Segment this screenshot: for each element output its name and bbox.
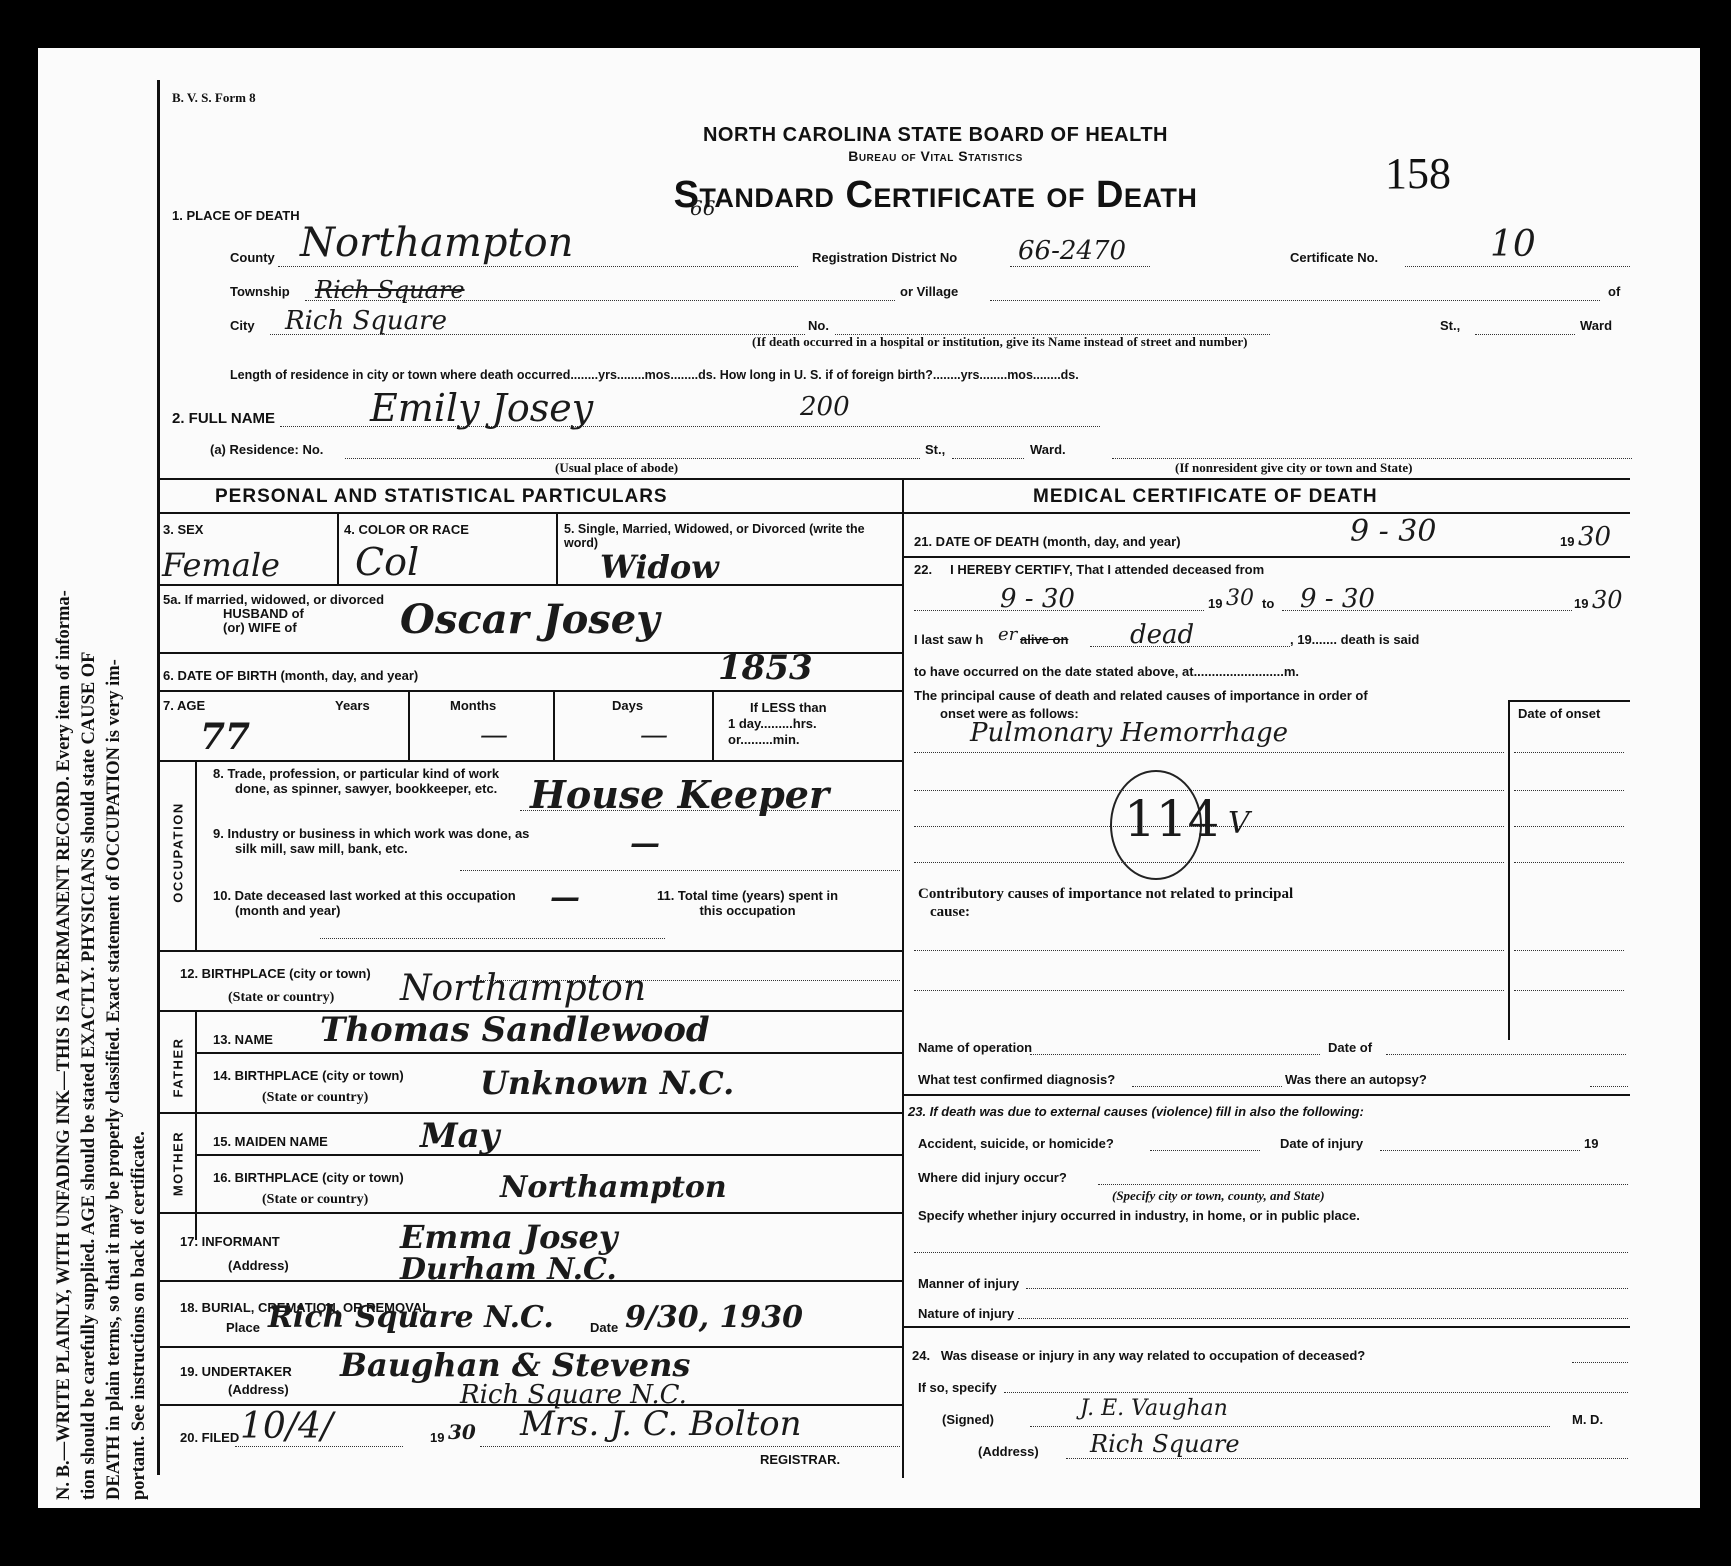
informant-field[interactable]: Emma Josey <box>400 1218 617 1256</box>
specify-label: If so, specify <box>918 1380 997 1395</box>
undertaker-address-label: (Address) <box>228 1382 289 1397</box>
reg-district-label: Registration District No <box>812 250 957 265</box>
last-worked-label: 10. Date deceased last worked at this oc… <box>213 888 523 918</box>
cause-label-1: The principal cause of death and related… <box>914 688 1368 703</box>
village-of-label: of <box>1608 284 1620 299</box>
physician-signature[interactable]: J. E. Vaughan <box>1080 1396 1228 1421</box>
father-birthplace-field[interactable]: Unknown N.C. <box>480 1064 734 1102</box>
divider <box>195 760 197 950</box>
divider <box>902 1326 1630 1328</box>
spouse-label-3: (or) WIFE of <box>223 620 297 635</box>
injury-where-line <box>1098 1184 1628 1185</box>
accident-line <box>1150 1150 1260 1151</box>
city-label: City <box>230 318 255 333</box>
attended-from-year-field[interactable]: 30 <box>1226 586 1254 611</box>
father-birthplace-state-label: (State or country) <box>262 1090 368 1106</box>
operation-date-line <box>1386 1054 1626 1055</box>
onset-line <box>1514 790 1624 791</box>
village-line <box>990 300 1600 301</box>
operation-date-label: Date of <box>1328 1040 1372 1055</box>
contributory-line <box>914 990 1504 991</box>
margin-line: DEATH in plain terms, so that it may be … <box>102 80 127 1500</box>
residence-label: (a) Residence: No. <box>210 442 323 457</box>
mother-maiden-label: 15. MAIDEN NAME <box>213 1134 328 1149</box>
onset-column-divider <box>1508 700 1510 1040</box>
county-field[interactable]: Northampton <box>300 220 573 266</box>
total-time-label: 11. Total time (years) spent in this occ… <box>645 888 850 918</box>
margin-line: portant. See instructions on back of cer… <box>127 80 152 1500</box>
residence-line <box>345 458 920 459</box>
years-label: Years <box>335 698 370 713</box>
dob-field[interactable]: 1853 <box>718 648 813 688</box>
industry-field[interactable]: — <box>630 826 660 861</box>
father-name-label: 13. NAME <box>213 1032 273 1047</box>
physician-address-line <box>1066 1458 1628 1459</box>
medical-section-title: MEDICAL CERTIFICATE OF DEATH <box>1033 486 1378 508</box>
residence-ward-label: Ward. <box>1030 442 1066 457</box>
mother-birthplace-label: 16. BIRTHPLACE (city or town) <box>213 1170 404 1185</box>
dob-label: 6. DATE OF BIRTH (month, day, and year) <box>163 668 418 683</box>
personal-section-title: PERSONAL AND STATISTICAL PARTICULARS <box>215 486 668 508</box>
divider <box>195 1154 902 1156</box>
attended-from-year-label: 19 <box>1208 596 1222 611</box>
dod-label: 21. DATE OF DEATH (month, day, and year) <box>914 534 1181 549</box>
street-no-label: No. <box>808 318 829 333</box>
stamp-number: 158 <box>1385 148 1451 199</box>
divider <box>408 690 410 760</box>
burial-date-label: Date <box>590 1320 618 1335</box>
village-label: or Village <box>900 284 958 299</box>
nonresident-note: (If nonresident give city or town and St… <box>1175 460 1413 476</box>
residence-st-label: St., <box>925 442 945 457</box>
cause-line <box>914 752 1504 753</box>
ward-line <box>1475 334 1575 335</box>
spouse-label-1: 5a. If married, widowed, or divorced <box>163 592 384 607</box>
accident-label: Accident, suicide, or homicide? <box>918 1136 1114 1151</box>
last-worked-line <box>320 938 665 939</box>
father-side-label: FATHER <box>171 1028 186 1108</box>
sex-label: 3. SEX <box>163 522 203 537</box>
divider <box>902 1094 1630 1096</box>
residence-st-line <box>952 458 1024 459</box>
bureau-name: Bureau of Vital Statistics <box>0 148 1731 164</box>
test-label: What test confirmed diagnosis? <box>918 1072 1115 1087</box>
attended-to-year-field[interactable]: 30 <box>1592 586 1623 614</box>
margin-instructions: N. B.—WRITE PLAINLY, WITH UNFADING INK—T… <box>52 80 172 1500</box>
divider <box>195 1052 902 1054</box>
onset-line <box>1514 752 1624 753</box>
certificate-label: Certificate No. <box>1290 250 1378 265</box>
trade-label: 8. Trade, profession, or particular kind… <box>213 766 533 796</box>
contributory-label-2: cause: <box>930 904 970 921</box>
industry-line <box>460 870 900 871</box>
age-days-field[interactable]: — <box>640 718 668 751</box>
birthplace-label: 12. BIRTHPLACE (city or town) <box>180 966 371 981</box>
months-label: Months <box>450 698 496 713</box>
divider <box>160 478 1630 480</box>
ward-label: Ward <box>1580 318 1612 333</box>
burial-date-field[interactable]: 9/30, 1930 <box>625 1300 803 1335</box>
dod-year-label: 19 <box>1560 534 1574 549</box>
registrar-line <box>480 1446 900 1447</box>
board-name: NORTH CAROLINA STATE BOARD OF HEALTH <box>0 124 1731 147</box>
certificate-field[interactable]: 10 <box>1490 224 1536 265</box>
filed-field[interactable]: 10/4/ <box>240 1406 333 1447</box>
last-saw-label: I last saw h <box>914 632 983 647</box>
cause-field[interactable]: Pulmonary Hemorrhage <box>970 718 1288 748</box>
autopsy-label: Was there an autopsy? <box>1285 1072 1427 1087</box>
md-label: M. D. <box>1572 1412 1603 1427</box>
cause-line <box>914 862 1504 863</box>
divider <box>902 556 1630 558</box>
dod-field[interactable]: 9 - 30 <box>1350 514 1436 549</box>
undertaker-label: 19. UNDERTAKER <box>180 1364 292 1379</box>
spouse-field[interactable]: Oscar Josey <box>400 596 659 643</box>
divider <box>160 760 902 762</box>
age-years-field[interactable]: 77 <box>200 716 250 758</box>
less-than-minutes: or.........min. <box>728 732 800 747</box>
certify-label: 22. I HEREBY CERTIFY, That I attended de… <box>914 562 1264 577</box>
mother-birthplace-field[interactable]: Northampton <box>500 1170 727 1205</box>
specify-line <box>1004 1392 1628 1393</box>
days-label: Days <box>612 698 643 713</box>
race-label: 4. COLOR OR RACE <box>344 522 469 537</box>
occupation-related-label: 24. Was disease or injury in any way rel… <box>912 1348 1365 1363</box>
operation-label: Name of operation <box>918 1040 1032 1055</box>
filed-year-field[interactable]: 30 <box>448 1420 476 1444</box>
marital-field[interactable]: Widow <box>600 548 719 586</box>
divider <box>160 690 902 692</box>
full-name-label: 2. FULL NAME <box>172 410 275 427</box>
scan-border-bottom <box>0 1515 1731 1566</box>
divider <box>553 690 555 760</box>
last-saw-pronoun: er <box>998 624 1017 645</box>
divider <box>337 512 339 584</box>
attended-to-field[interactable]: 9 - 30 <box>1300 584 1375 614</box>
age-months-field[interactable]: — <box>480 718 508 751</box>
burial-place-field[interactable]: Rich Square N.C. <box>268 1300 554 1335</box>
township-field[interactable]: Rich Square <box>315 276 465 304</box>
age-label: 7. AGE <box>163 698 205 713</box>
divider <box>1508 700 1630 702</box>
manner-label: Manner of injury <box>918 1276 1019 1291</box>
occurred-label: to have occurred on the date stated abov… <box>914 664 1299 679</box>
form-id: B. V. S. Form 8 <box>172 90 256 106</box>
industry-label: 9. Industry or business in which work wa… <box>213 826 533 856</box>
less-than-label: If LESS than <box>750 700 827 715</box>
informant-label: 17. INFORMANT <box>180 1234 280 1249</box>
injury-date-label: Date of injury <box>1280 1136 1363 1151</box>
registrar-name-field[interactable]: Mrs. J. C. Bolton <box>520 1404 802 1444</box>
hospital-note: (If death occurred in a hospital or inst… <box>752 334 1247 350</box>
autopsy-line <box>1590 1086 1628 1087</box>
contributory-line <box>914 950 1504 951</box>
divider <box>902 512 1630 514</box>
full-name-note: 200 <box>800 392 850 422</box>
reg-district-field[interactable]: 66-2470 <box>1018 236 1126 266</box>
township-label: Township <box>230 284 290 299</box>
sex-field[interactable]: Female <box>162 546 280 584</box>
father-name-field[interactable]: Thomas Sandlewood <box>320 1010 710 1050</box>
undertaker-field[interactable]: Baughan & Stevens <box>340 1346 690 1384</box>
county-label: County <box>230 250 275 265</box>
onset-line <box>1514 862 1624 863</box>
burial-place-label: Place <box>226 1320 260 1335</box>
onset-line <box>1514 950 1624 951</box>
birthplace-field[interactable]: Northampton <box>400 968 646 1009</box>
injury-place-label: Specify whether injury occurred in indus… <box>918 1208 1360 1223</box>
injury-date-line <box>1380 1150 1580 1151</box>
race-field[interactable]: Col <box>355 540 419 584</box>
left-border-rule <box>157 80 160 1475</box>
full-name-field[interactable]: Emily Josey <box>370 386 593 430</box>
margin-line: tion should be carefully supplied. AGE s… <box>77 80 102 1500</box>
street-label: St., <box>1440 318 1460 333</box>
injury-where-note: (Specify city or town, county, and State… <box>1112 1188 1325 1204</box>
informant-address-label: (Address) <box>228 1258 289 1273</box>
column-divider <box>902 478 904 1478</box>
operation-line <box>1030 1054 1320 1055</box>
residence-length-label: Length of residence in city or town wher… <box>230 368 1079 382</box>
father-birthplace-label: 14. BIRTHPLACE (city or town) <box>213 1068 404 1083</box>
nature-line <box>1018 1318 1628 1319</box>
divider <box>556 512 558 584</box>
test-line <box>1132 1086 1282 1087</box>
injury-where-label: Where did injury occur? <box>918 1170 1067 1185</box>
divider <box>160 950 902 952</box>
certificate-line <box>1405 266 1630 267</box>
divider <box>195 1010 197 1240</box>
signed-line <box>1030 1426 1550 1427</box>
divider <box>712 690 714 760</box>
filed-year-label: 19 <box>430 1430 444 1445</box>
divider <box>160 1212 902 1214</box>
contributory-label-1: Contributory causes of importance not re… <box>918 886 1293 903</box>
attended-from-field[interactable]: 9 - 30 <box>1000 584 1075 614</box>
mother-maiden-field[interactable]: May <box>420 1116 499 1156</box>
physician-address-field[interactable]: Rich Square <box>1090 1430 1240 1458</box>
external-causes-label: 23. If death was due to external causes … <box>908 1104 1364 1119</box>
onset-line <box>1514 990 1624 991</box>
occupation-related-line <box>1572 1362 1628 1363</box>
margin-line: N. B.—WRITE PLAINLY, WITH UNFADING INK—T… <box>52 80 77 1500</box>
last-saw-struck: alive on <box>1020 632 1068 647</box>
cause-code: 114 <box>1124 790 1219 848</box>
marital-label: 5. Single, Married, Widowed, or Divorced… <box>564 522 894 550</box>
less-than-hours: 1 day.........hrs. <box>728 716 817 731</box>
last-saw-field[interactable]: dead <box>1130 620 1194 650</box>
injury-year-label: 19 <box>1584 1136 1598 1151</box>
city-field[interactable]: Rich Square <box>285 306 447 336</box>
onset-label: Date of onset <box>1518 706 1600 721</box>
mother-side-label: MOTHER <box>171 1124 186 1204</box>
birthplace-state-label: (State or country) <box>228 990 334 1006</box>
cause-code-suffix: V <box>1228 806 1250 841</box>
abode-note: (Usual place of abode) <box>555 460 678 476</box>
attended-to-year-label: 19 <box>1574 596 1588 611</box>
death-said-label: , 19....... death is said <box>1290 632 1419 647</box>
manner-line <box>1026 1288 1628 1289</box>
spouse-label-2: HUSBAND of <box>223 606 304 621</box>
divider <box>160 1112 902 1114</box>
reg-district-line <box>1010 266 1150 267</box>
registrar-label: REGISTRAR. <box>760 1452 840 1467</box>
place-of-death-label: 1. PLACE OF DEATH <box>172 208 300 223</box>
dod-year-field[interactable]: 30 <box>1578 522 1611 552</box>
county-line <box>278 266 798 267</box>
mother-birthplace-state-label: (State or country) <box>262 1192 368 1208</box>
occupation-side-label: OCCUPATION <box>171 793 186 913</box>
physician-address-label: (Address) <box>978 1444 1039 1459</box>
scan-border-right <box>1700 0 1731 1566</box>
trade-field[interactable]: House Keeper <box>530 772 829 817</box>
injury-place-line <box>914 1252 1628 1253</box>
county-note: 66 <box>690 196 715 220</box>
divider <box>160 512 902 514</box>
last-worked-field[interactable]: — <box>550 880 580 915</box>
divider <box>160 584 902 586</box>
filed-label: 20. FILED <box>180 1430 239 1445</box>
nature-label: Nature of injury <box>918 1306 1014 1321</box>
signed-label: (Signed) <box>942 1412 994 1427</box>
attended-to-label: to <box>1262 596 1274 611</box>
residence-ward-line <box>1112 458 1632 459</box>
divider <box>160 1280 902 1282</box>
onset-line <box>1514 826 1624 827</box>
